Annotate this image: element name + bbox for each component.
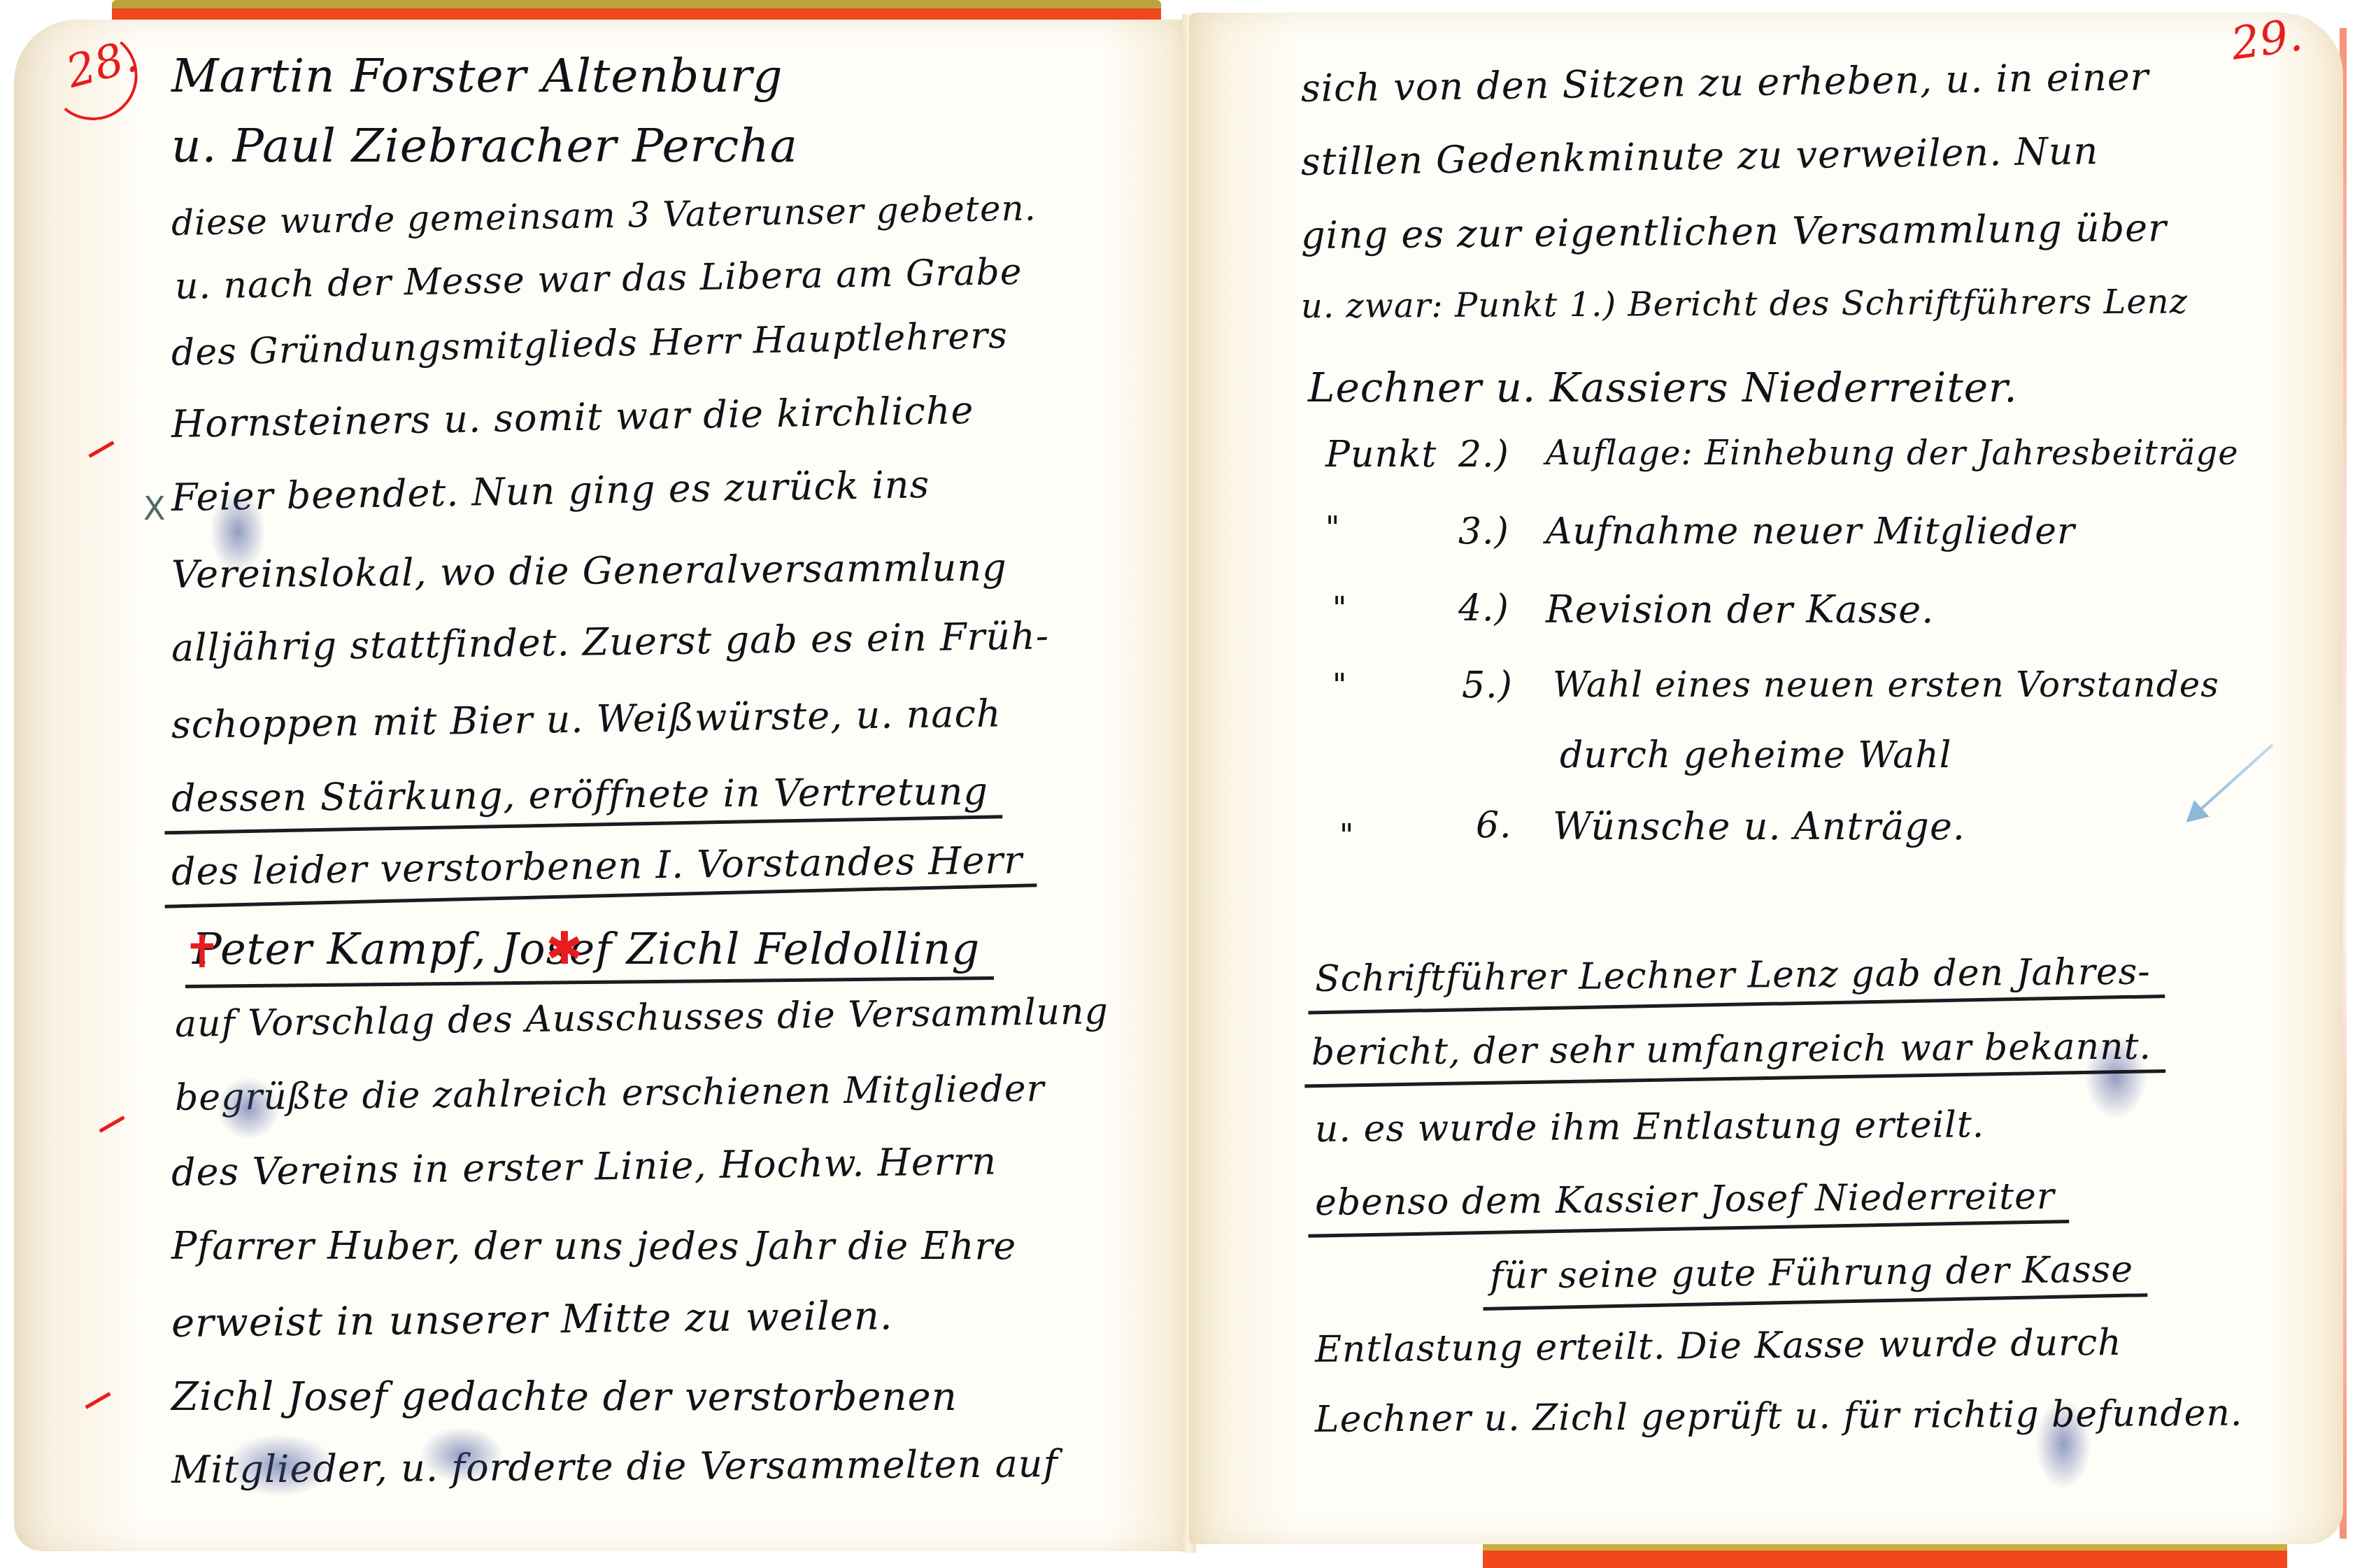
- agenda-text: Auflage: Einhebung der Jahresbeiträge: [1546, 434, 2239, 473]
- agenda-text: Wahl eines neuen ersten Vorstandes: [1553, 664, 2219, 705]
- text-line: bericht, der sehr umfangreich war bekann…: [1311, 1026, 2151, 1074]
- ink-smudge: [420, 1427, 504, 1483]
- text-line: Peter Kampf, Josef Zichl Feldolling: [192, 923, 980, 974]
- text-line: Lechner u. Zichl geprüft u. für richtig …: [1315, 1392, 2243, 1441]
- ditto-mark: ": [1325, 511, 1339, 546]
- text-line: Entlastung erteilt. Die Kasse wurde durc…: [1315, 1322, 2122, 1371]
- agenda-number: 4.): [1458, 587, 1509, 629]
- text-line: für seine gute Führung der Kasse: [1490, 1248, 2134, 1297]
- text-line: Lechner u. Kassiers Niederreiter.: [1308, 364, 2018, 411]
- agenda-text: Aufnahme neuer Mitglieder: [1546, 511, 2075, 553]
- agenda-number: 2.): [1458, 434, 1509, 476]
- text-line: u. Paul Ziebracher Percha: [171, 119, 798, 173]
- text-line: Pfarrer Huber, der uns jedes Jahr die Eh…: [171, 1224, 1016, 1268]
- text-line: Martin Forster Altenburg: [171, 49, 783, 103]
- ditto-mark: ": [1332, 668, 1346, 704]
- notebook-cover-top-edge: [112, 0, 1161, 21]
- text-line: erweist in unserer Mitte zu weilen.: [171, 1293, 893, 1346]
- agenda-number: 3.): [1458, 511, 1509, 553]
- text-line: Zichl Josef gedachte der verstorbenen: [171, 1374, 958, 1420]
- text-line: ging es zur eigentlichen Versammlung übe…: [1301, 206, 2167, 257]
- text-line: Schriftführer Lechner Lenz gab den Jahre…: [1315, 951, 2151, 1000]
- agenda-text-continuation: durch geheime Wahl: [1560, 734, 1951, 776]
- text-line: u. zwar: Punkt 1.) Bericht des Schriftfü…: [1301, 282, 2188, 326]
- agenda-prefix: Punkt: [1325, 434, 1437, 476]
- text-line: dessen Stärkung, eröffnete in Vertretung: [171, 769, 988, 820]
- ink-smudge: [224, 1434, 336, 1497]
- agenda-number: 5.): [1462, 664, 1513, 706]
- agenda-text: Wünsche u. Anträge.: [1553, 804, 1965, 848]
- text-line: ebenso dem Kassier Josef Niederreiter: [1315, 1176, 2055, 1224]
- agenda-number: 6.: [1476, 804, 1512, 846]
- ditto-mark: ": [1339, 818, 1353, 854]
- ink-smudge: [217, 1077, 280, 1140]
- text-line: Vereinslokal, wo die Generalversammlung: [171, 546, 1007, 597]
- text-line: u. es wurde ihm Entlastung erteilt.: [1315, 1104, 1985, 1150]
- ditto-mark: ": [1332, 591, 1346, 627]
- page-number-right: 29.: [2228, 9, 2305, 70]
- ink-smudge: [210, 490, 266, 573]
- asterisk-icon: ✱: [546, 923, 583, 975]
- agenda-text: Revision der Kasse.: [1546, 587, 1934, 632]
- cross-symbol-icon: ✝: [183, 927, 221, 978]
- x-mark-icon: X: [143, 490, 166, 527]
- page-number-left: 28.: [61, 30, 143, 99]
